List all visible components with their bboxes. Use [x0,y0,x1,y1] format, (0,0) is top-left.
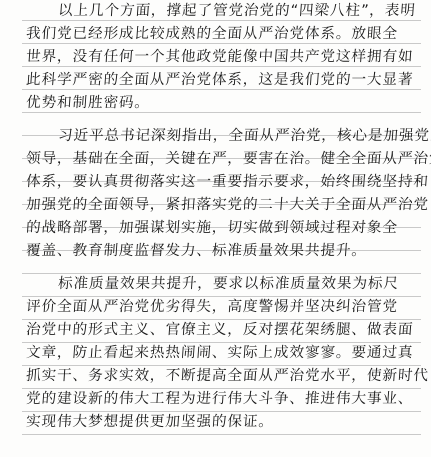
text-line: 我们党已经形成比较成熟的全面从严治党体系。放眼全 [25,23,419,45]
text-line: 评价全面从严治党优劣得失，高度警惕并坚决纠治管党 [25,296,419,318]
text-line: 覆盖、教育制度监督发力、标准质量效果共提升。 [25,240,419,262]
text-line: 习近平总书记深刻指出，全面从严治党，核心是加强党的 [57,125,431,147]
notebook-page: 以上几个方面，撑起了管党治党的“四梁八柱”，表明 我们党已经形成比较成熟的全面从… [0,0,431,457]
text-line: 党的建设新的伟大工程为进行伟大斗争、推进伟大事业、 [25,388,419,410]
text-line: 以上几个方面，撑起了管党治党的“四梁八柱”，表明 [57,0,431,22]
text-line: 世界，没有任何一个其他政党能像中国共产党这样拥有如 [25,46,419,68]
text-line: 文章，防止看起来热热闹闹、实际上成效寥寥。要通过真 [25,342,419,364]
text-line: 领导，基础在全面，关键在严，要害在治。健全全面从严治党 [25,148,419,170]
text-line: 标准质量效果共提升，要求以标准质量效果为标尺 [57,273,431,295]
text-line: 体系，要认真贯彻落实这一重要指示要求，始终围绕坚持和 [25,171,419,193]
ruled-line [22,434,421,435]
text-line: 治党中的形式主义、官僚主义，反对摆花架绣腿、做表面 [25,319,419,341]
text-line: 实现伟大梦想提供更加坚强的保证。 [25,411,419,433]
text-line: 优势和制胜密码。 [25,92,419,114]
text-line: 此科学严密的全面从严治党体系，这是我们党的一大显著 [25,69,419,91]
text-line: 加强党的全面领导，紧扣落实党的二十大关于全面从严治党 [25,194,419,216]
text-line: 抓实干、务求实效，不断提高全面从严治党水平，使新时代 [25,365,419,387]
text-line: 的战略部署，加强谋划实施，切实做到领域过程对象全 [25,217,419,239]
